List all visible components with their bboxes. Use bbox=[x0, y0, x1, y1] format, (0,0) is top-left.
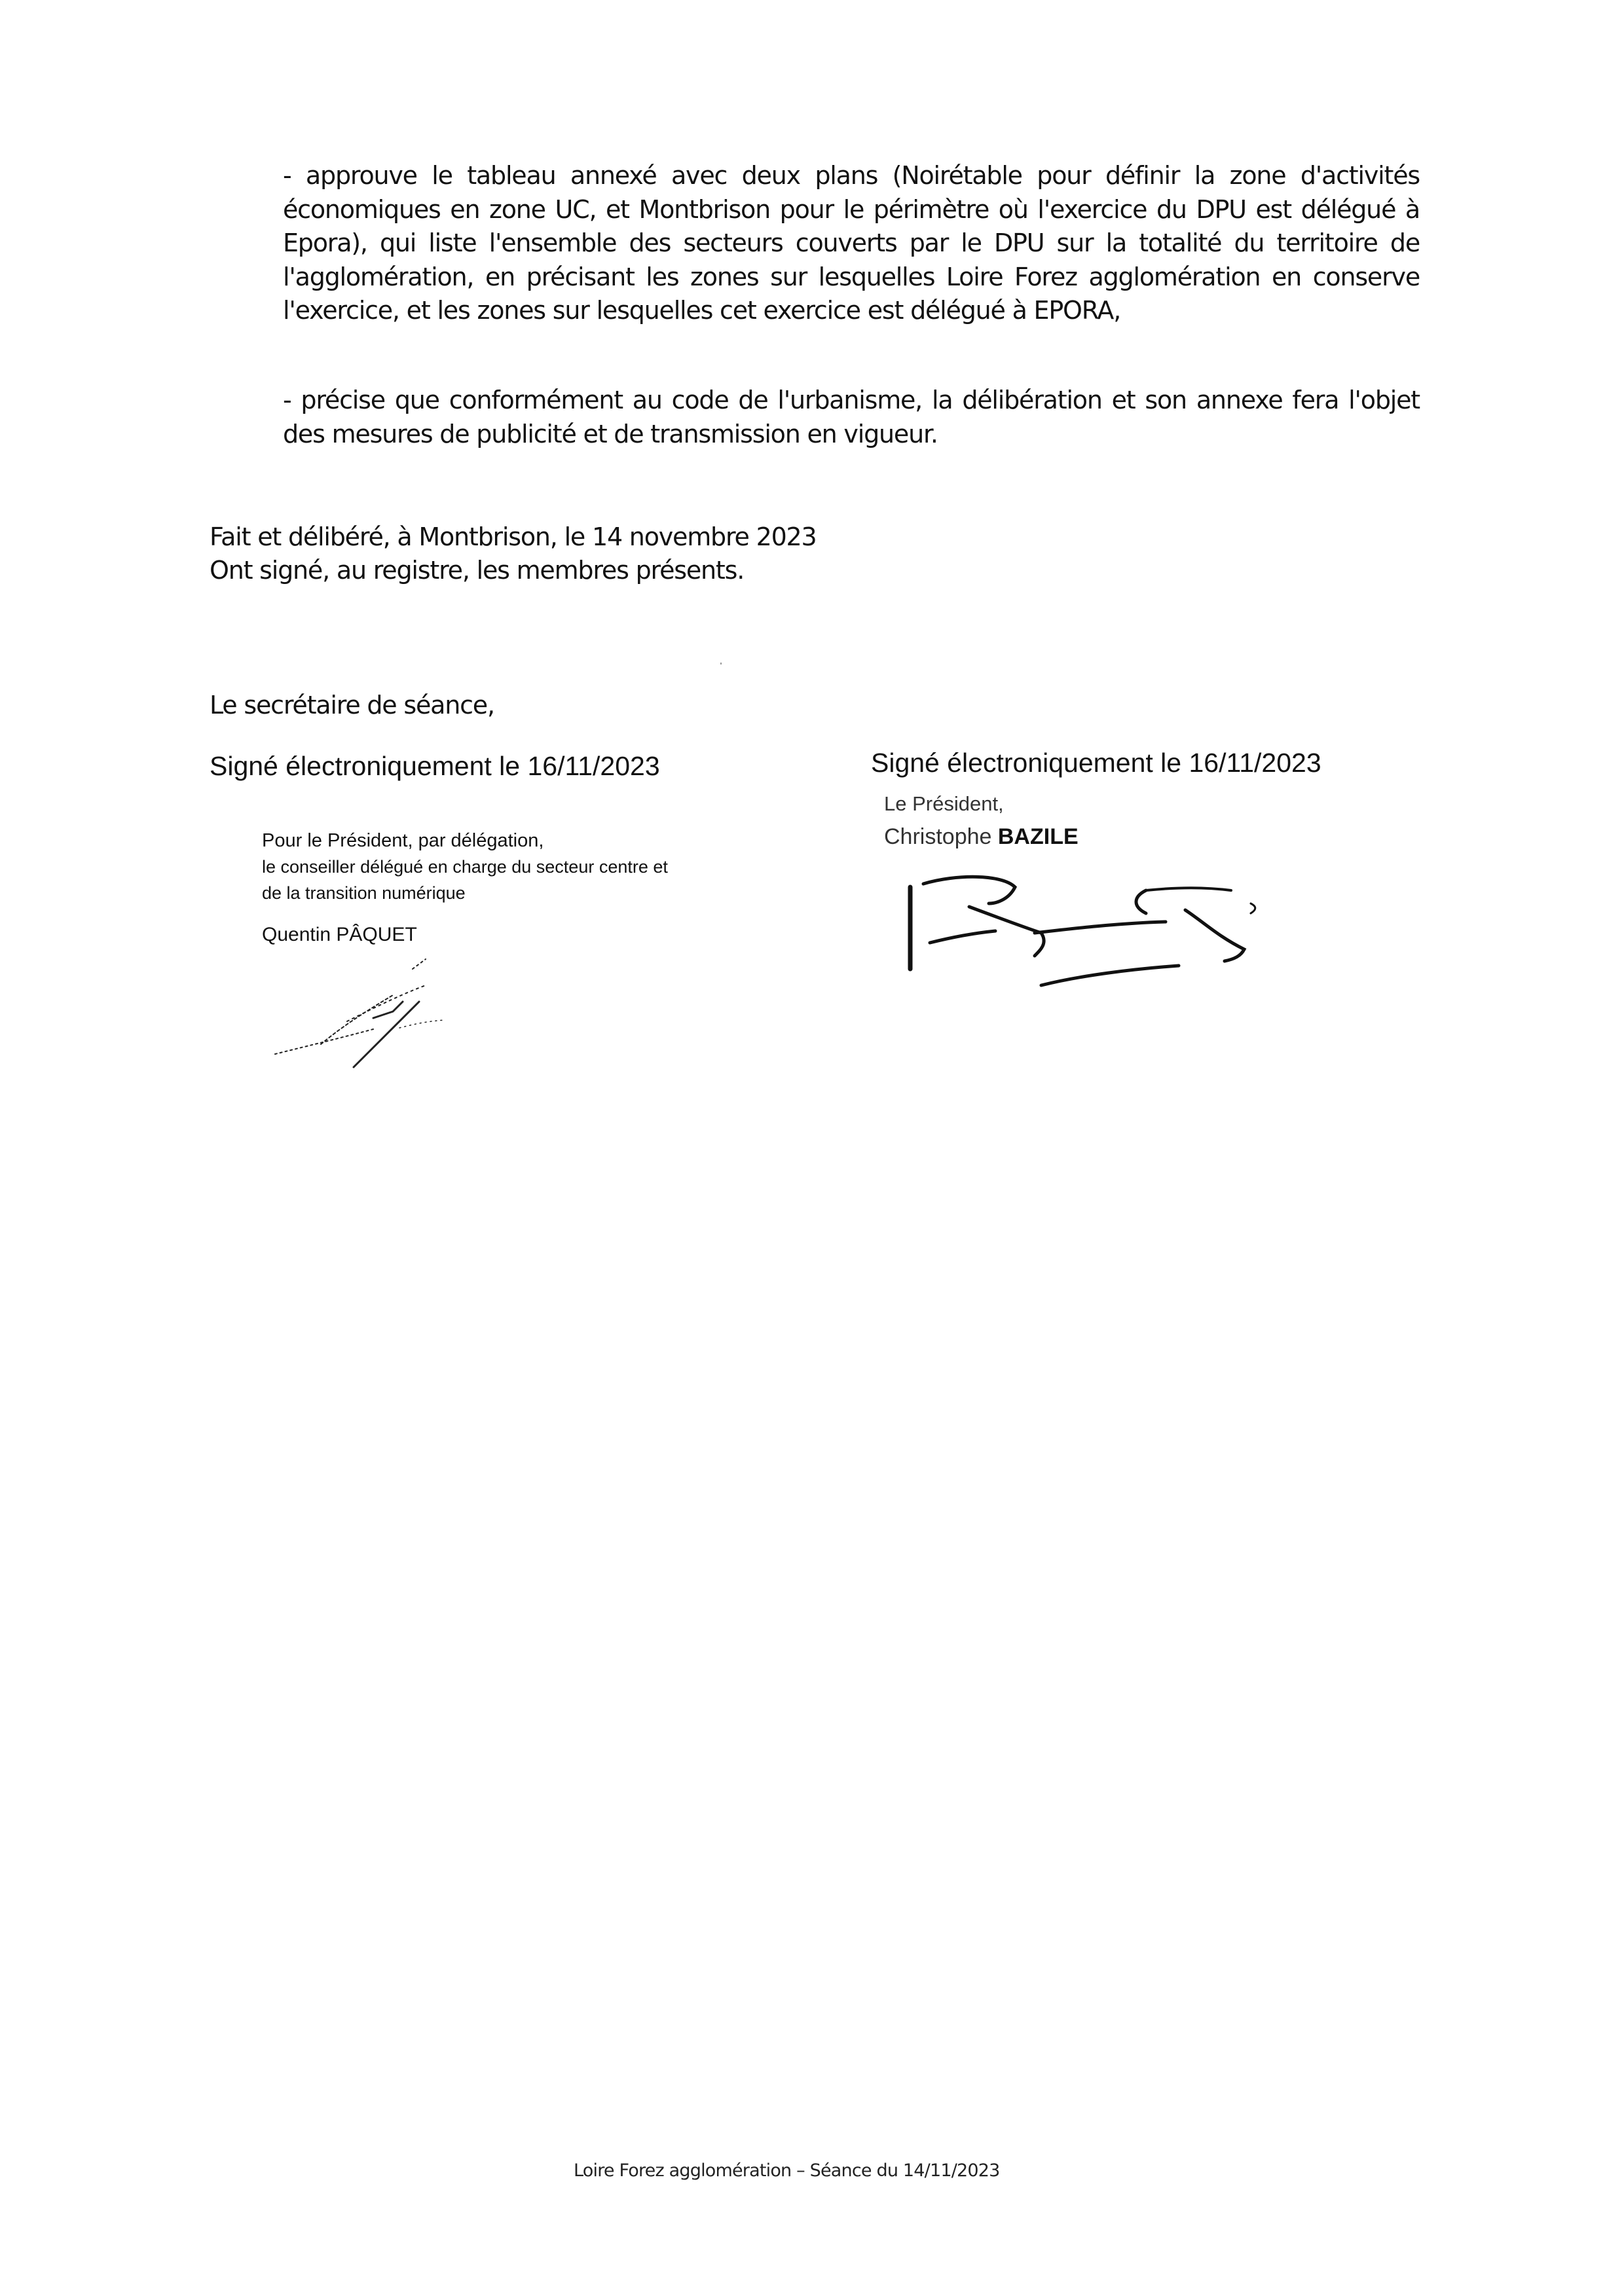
paragraph-approval: - approuve le tableau annexé avec deux p… bbox=[283, 159, 1420, 328]
president-title: Le Président, bbox=[884, 791, 1004, 817]
delegation-line-1: Pour le Président, par délégation, bbox=[262, 828, 668, 854]
delegation-block: Pour le Président, par délégation, le co… bbox=[262, 828, 668, 906]
delegation-line-2: le conseiller délégué en charge du secte… bbox=[262, 854, 668, 880]
place-date-line: Fait et délibéré, à Montbrison, le 14 no… bbox=[210, 520, 817, 554]
signatory-name-right: Christophe BAZILE bbox=[884, 824, 1079, 850]
delegation-line-3: de la transition numérique bbox=[262, 880, 668, 906]
left-signed-electronically: Signé électroniquement le 16/11/2023 bbox=[210, 751, 660, 782]
right-signed-electronically: Signé électroniquement le 16/11/2023 bbox=[871, 748, 1321, 778]
handwritten-signature-right bbox=[904, 871, 1297, 1021]
page-footer: Loire Forez agglomération – Séance du 14… bbox=[574, 2160, 1000, 2181]
signed-register-line: Ont signé, au registre, les membres prés… bbox=[210, 554, 744, 587]
paragraph-publicity: - précise que conformément au code de l'… bbox=[283, 384, 1420, 451]
signatory-name-left: Quentin PÂQUET bbox=[262, 922, 417, 948]
handwritten-signature-left bbox=[262, 956, 498, 1080]
first-name: Christophe bbox=[884, 824, 991, 849]
scan-speck bbox=[720, 663, 722, 665]
last-name: BAZILE bbox=[998, 824, 1079, 849]
document-page: - approuve le tableau annexé avec deux p… bbox=[0, 0, 1624, 2296]
secretary-label: Le secrétaire de séance, bbox=[210, 689, 494, 722]
